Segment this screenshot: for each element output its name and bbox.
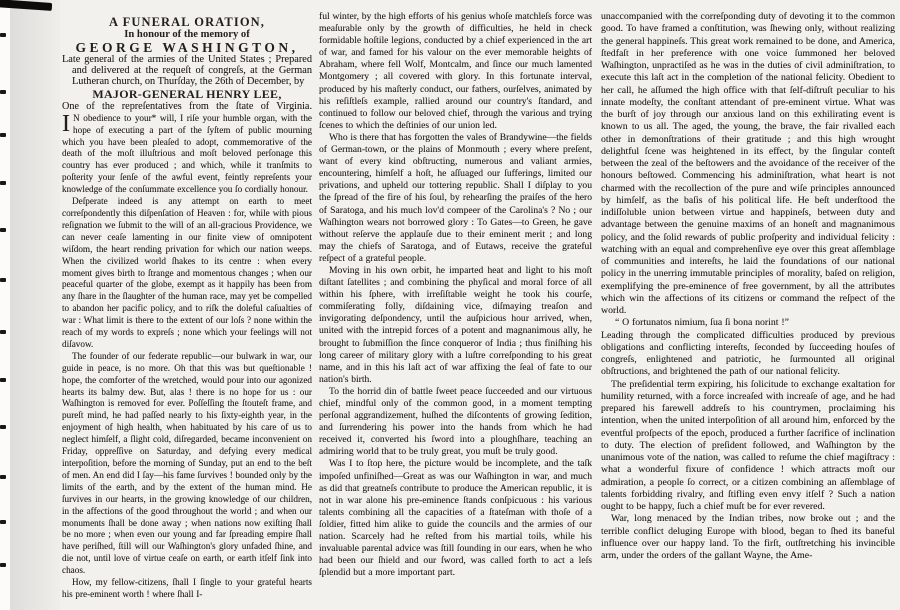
scan-artifact-mark (0, 278, 6, 282)
document-page: A FUNERAL ORATION, In honour of the memo… (0, 0, 900, 610)
speaker-description: One of the repreſentatives from the ſtat… (62, 101, 312, 113)
column-middle: ful winter, by the high efforts of his g… (319, 11, 592, 579)
paragraph: IN obedience to your* will, I riſe your … (62, 113, 312, 196)
paragraph: The preſidential term expiring, his ſoli… (601, 379, 895, 514)
paragraph: ful winter, by the high efforts of his g… (319, 11, 592, 132)
scan-artifact-mark (0, 520, 6, 524)
speaker-name: MAJOR-GENERAL HENRY LEE, (62, 88, 312, 101)
oration-byline: Late general of the armies of the United… (62, 55, 312, 88)
scan-artifact-mark (0, 378, 6, 382)
scan-artifact-mark (0, 228, 6, 232)
scan-artifact-mark (0, 563, 6, 567)
scan-artifact-mark (0, 33, 6, 37)
paragraph: To the horrid din of battle ſweet peace … (319, 386, 592, 459)
scan-artifact-mark (0, 181, 6, 185)
scan-artifact-mark (0, 425, 6, 429)
scan-artifact-mark (0, 90, 6, 94)
paragraph-text: N obedience to your* will, I riſe your h… (62, 113, 312, 194)
scan-edge-shadow (10, 0, 60, 610)
scan-artifact-mark (0, 133, 6, 137)
paragraph: The founder of our federate republic—our… (62, 351, 312, 577)
oration-title: A FUNERAL ORATION, (62, 16, 312, 29)
paragraph: Was I to ſtop here, the picture would be… (319, 458, 592, 579)
column-left: A FUNERAL ORATION, In honour of the memo… (62, 16, 312, 601)
paragraph: Deſperate indeed is any attempt on earth… (62, 196, 312, 351)
scan-artifact-mark (0, 330, 6, 334)
paragraph: Moving in his own orbit, he imparted hea… (319, 265, 592, 386)
paragraph: Leading through the complicated difficul… (601, 330, 895, 379)
paragraph: unaccompanied with the correſponding dut… (601, 11, 895, 317)
honoree-name: GEORGE WASHINGTON, (62, 41, 312, 55)
column-right: unaccompanied with the correſponding dut… (601, 11, 895, 562)
paragraph: War, long menaced by the Indian tribes, … (601, 513, 895, 562)
latin-quotation: “ O fortunatos nimium, ſua ſi bona norin… (601, 317, 895, 329)
scan-artifact-mark (0, 475, 6, 479)
paragraph: Who is there that has forgotten the vale… (319, 132, 592, 265)
paragraph: How, my fellow-citizens, ſhall I ſingle … (62, 577, 312, 601)
drop-cap: I (62, 114, 70, 134)
